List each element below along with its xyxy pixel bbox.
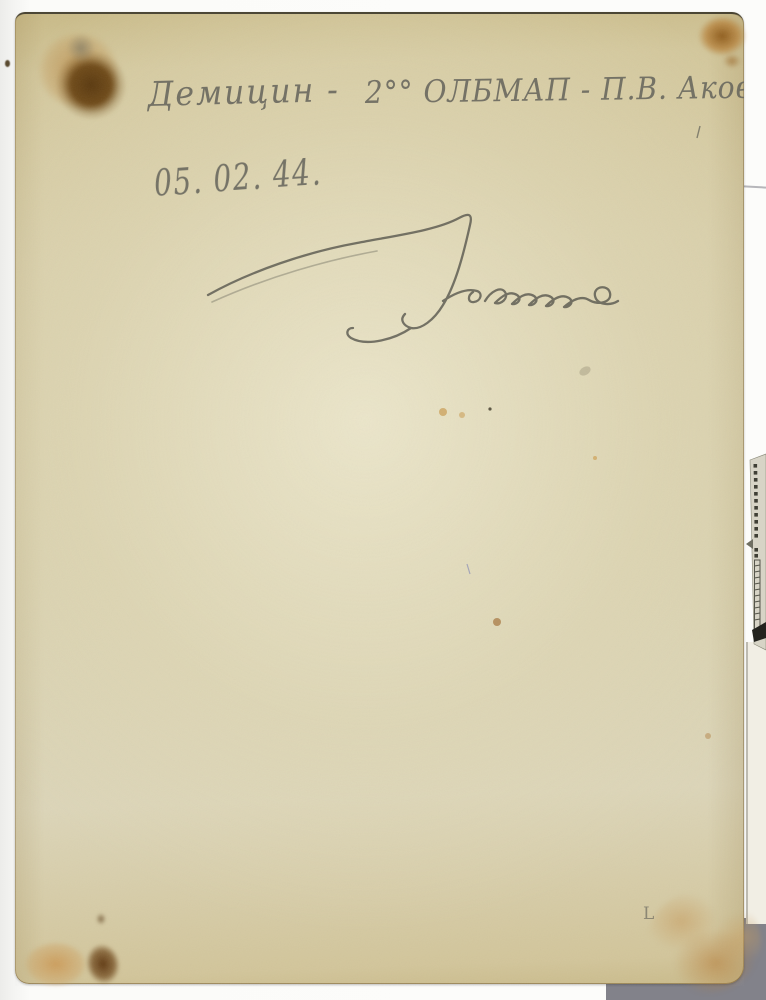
scanner-background: Демицин - 2°° ОЛБМАП - П.В. Аков 05. 02.… [0,0,766,1000]
inscription-line1-right: 2°° ОЛБМАП - П.В. Аков [364,70,744,111]
scanner-shadow-line [744,185,766,188]
adjacent-print-edge [744,452,766,652]
inscription-line1-left: Демицин - [145,70,340,115]
underlying-paper-edge [746,642,766,924]
dashed-border-strip [744,452,766,652]
handwriting-layer: Демицин - 2°° ОЛБМАП - П.В. Аков 05. 02.… [15,14,744,986]
photo-card: Демицин - 2°° ОЛБМАП - П.В. Аков 05. 02.… [15,12,744,984]
margin-speck [5,60,10,67]
pointer-triangle [746,539,753,549]
corner-l-mark: L [643,904,654,924]
paper-grain [15,14,744,986]
